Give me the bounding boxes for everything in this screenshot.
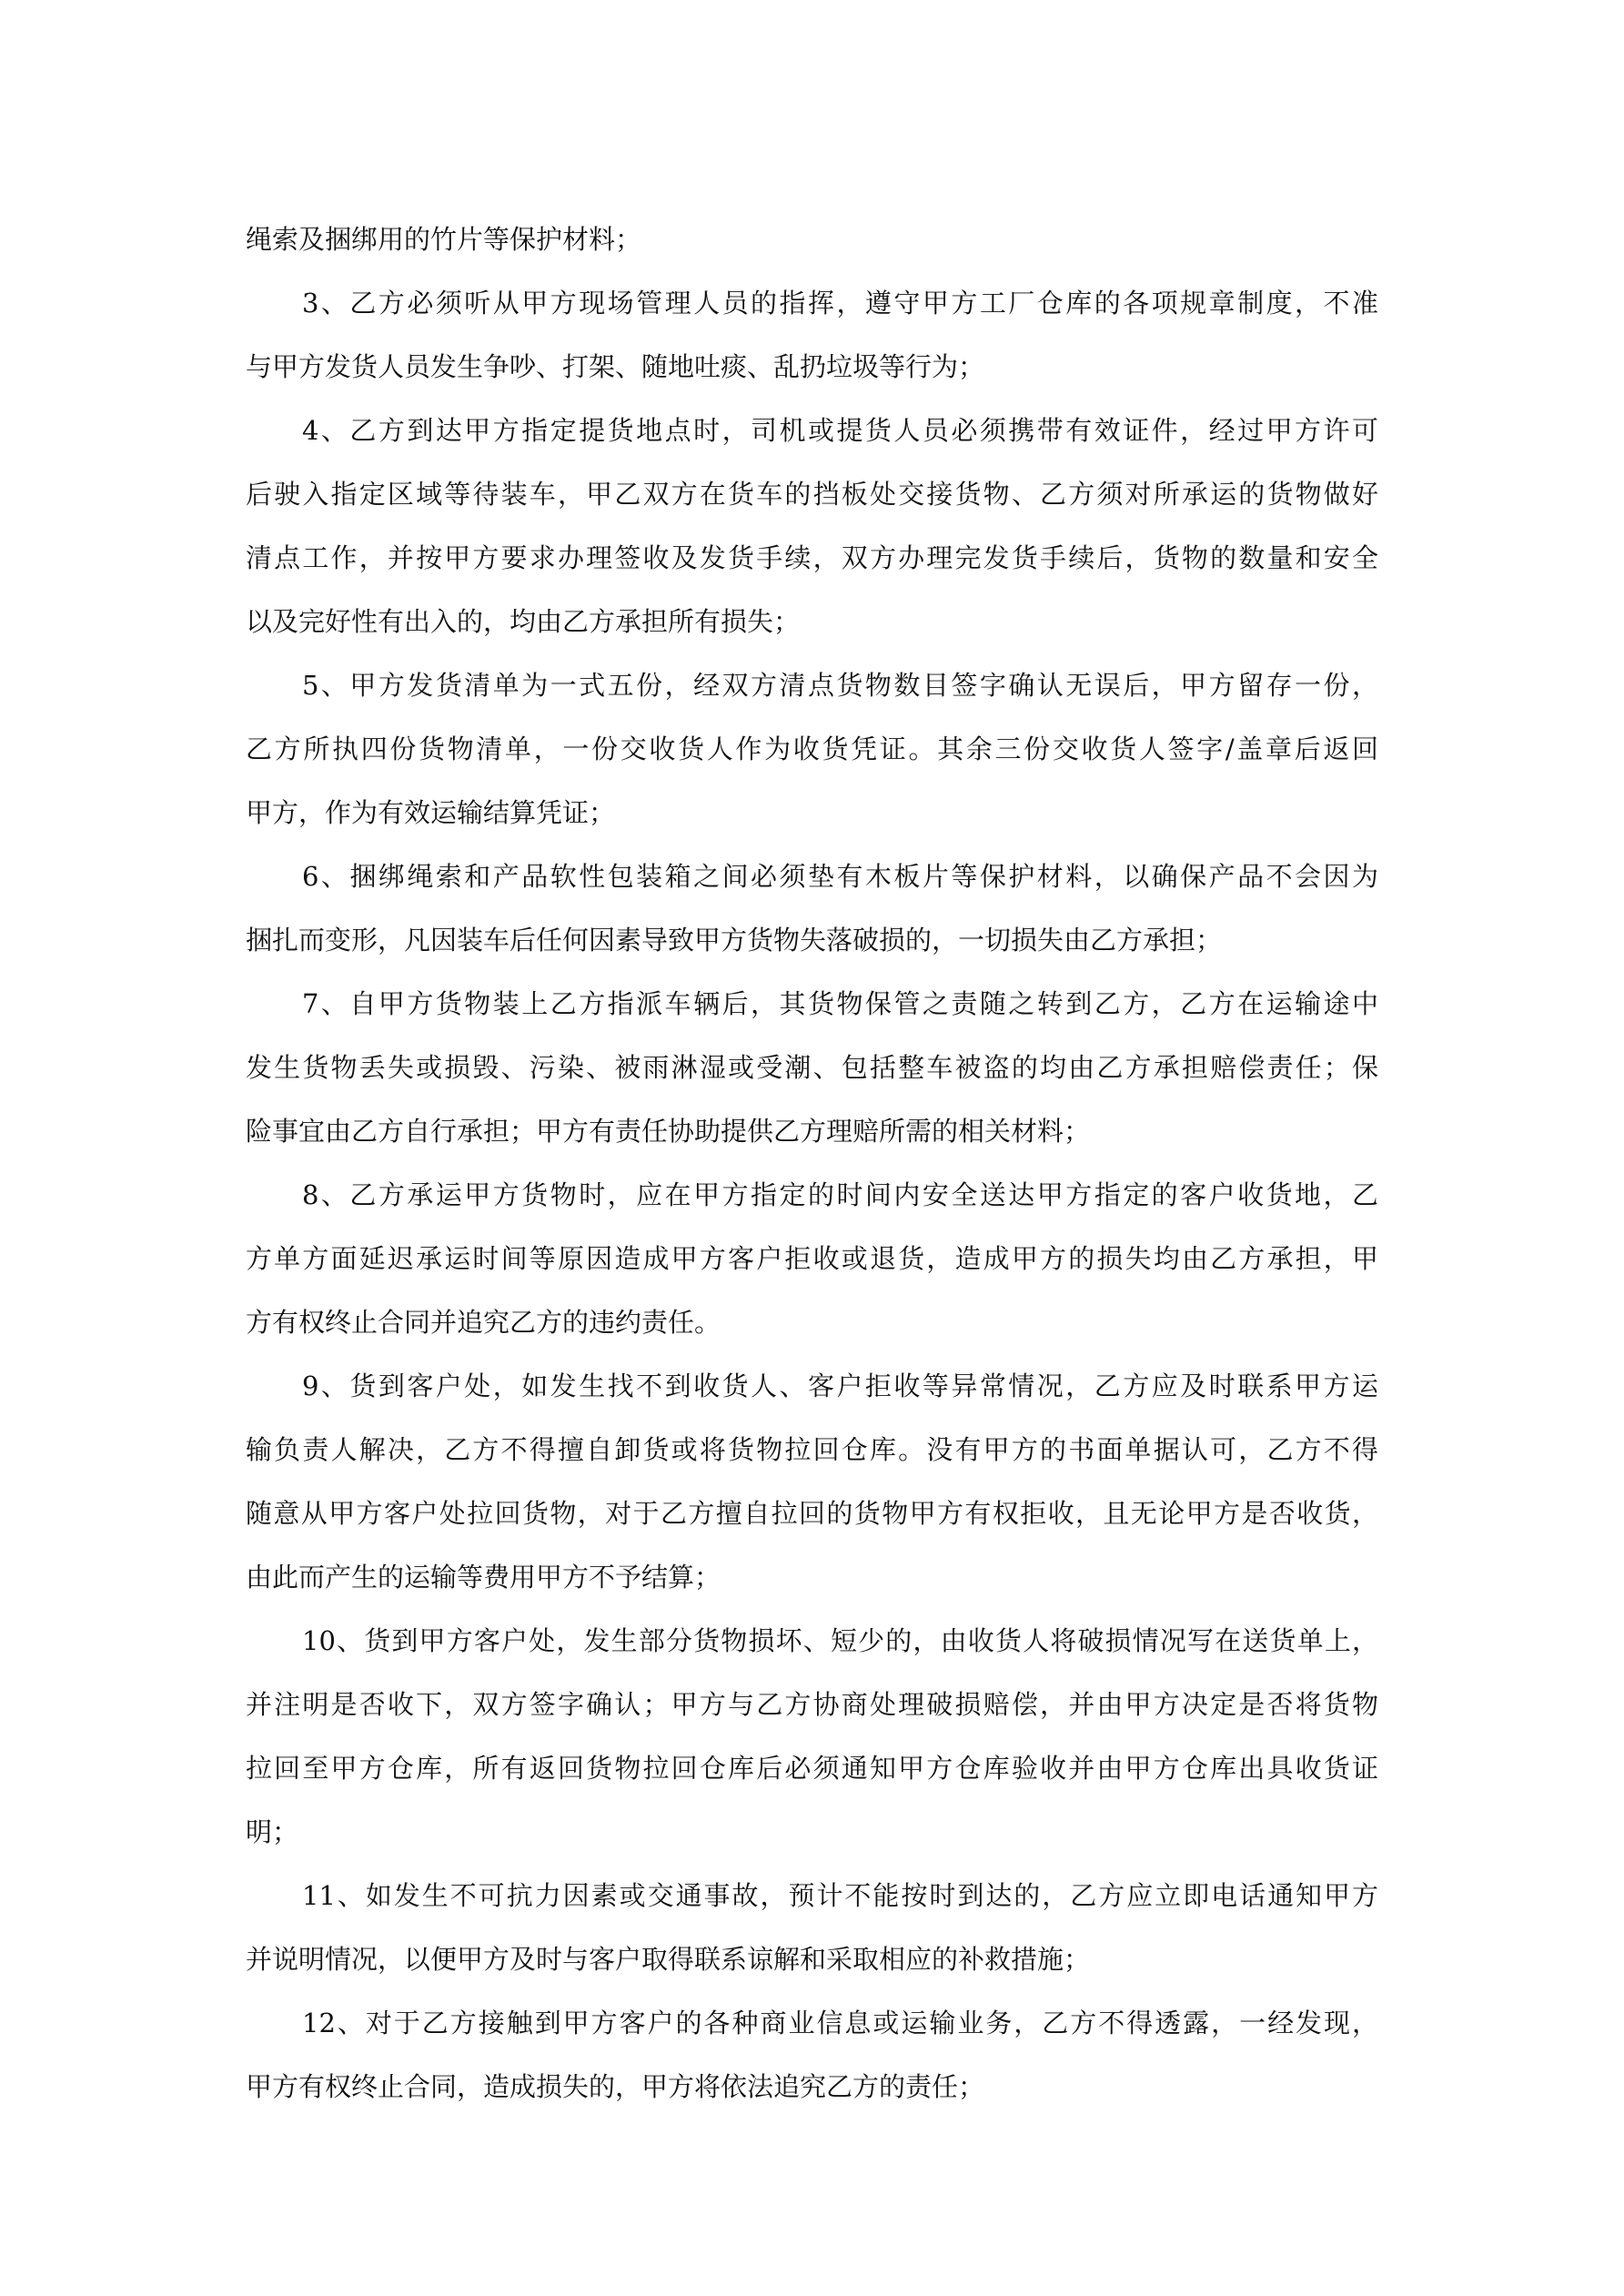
clause-7: 7、自甲方货物装上乙方指派车辆后，其货物保管之责随之转到乙方，乙方在运输途中 发…	[246, 972, 1378, 1163]
clause-9: 9、货到客户处，如发生找不到收货人、客户拒收等异常情况，乙方应及时联系甲方运 输…	[246, 1354, 1378, 1609]
clause-3: 3、乙方必须听从甲方现场管理人员的指挥，遵守甲方工厂仓库的各项规章制度，不准 与…	[246, 271, 1378, 399]
text-line: 以及完好性有出入的，均由乙方承担所有损失；	[246, 590, 1378, 653]
text-line: 并说明情况，以便甲方及时与客户取得联系谅解和采取相应的补救措施；	[246, 1927, 1378, 1991]
text-line: 清点工作，并按甲方要求办理签收及发货手续，双方办理完发货手续后，货物的数量和安全	[246, 526, 1378, 590]
clause-11: 11、如发生不可抗力因素或交通事故，预计不能按时到达的，乙方应立即电话通知甲方 …	[246, 1864, 1378, 1991]
text-line: 绳索及捆绑用的竹片等保护材料；	[246, 207, 1378, 271]
text-line: 险事宜由乙方自行承担；甲方有责任协助提供乙方理赔所需的相关材料；	[246, 1099, 1378, 1163]
clause-5: 5、甲方发货清单为一式五份，经双方清点货物数目签字确认无误后，甲方留存一份， 乙…	[246, 653, 1378, 845]
text-line: 6、捆绑绳索和产品软性包装箱之间必须垫有木板片等保护材料，以确保产品不会因为	[246, 845, 1378, 908]
clause-8: 8、乙方承运甲方货物时，应在甲方指定的时间内安全送达甲方指定的客户收货地，乙 方…	[246, 1163, 1378, 1354]
text-line: 3、乙方必须听从甲方现场管理人员的指挥，遵守甲方工厂仓库的各项规章制度，不准	[246, 271, 1378, 335]
text-line: 10、货到甲方客户处，发生部分货物损坏、短少的，由收货人将破损情况写在送货单上，	[246, 1609, 1378, 1673]
text-line: 方单方面延迟承运时间等原因造成甲方客户拒收或退货，造成甲方的损失均由乙方承担，甲	[246, 1227, 1378, 1290]
clause-4: 4、乙方到达甲方指定提货地点时，司机或提货人员必须携带有效证件，经过甲方许可 后…	[246, 399, 1378, 653]
text-line: 方有权终止合同并追究乙方的违约责任。	[246, 1290, 1378, 1354]
text-line: 7、自甲方货物装上乙方指派车辆后，其货物保管之责随之转到乙方，乙方在运输途中	[246, 972, 1378, 1036]
text-line: 8、乙方承运甲方货物时，应在甲方指定的时间内安全送达甲方指定的客户收货地，乙	[246, 1163, 1378, 1227]
text-line: 与甲方发货人员发生争吵、打架、随地吐痰、乱扔垃圾等行为；	[246, 335, 1378, 399]
text-line: 4、乙方到达甲方指定提货地点时，司机或提货人员必须携带有效证件，经过甲方许可	[246, 399, 1378, 462]
text-line: 拉回至甲方仓库，所有返回货物拉回仓库后必须通知甲方仓库验收并由甲方仓库出具收货证	[246, 1736, 1378, 1800]
text-line: 捆扎而变形，凡因装车后任何因素导致甲方货物失落破损的，一切损失由乙方承担；	[246, 908, 1378, 972]
text-line: 甲方，作为有效运输结算凭证；	[246, 781, 1378, 845]
text-line: 明；	[246, 1800, 1378, 1864]
clause-12: 12、对于乙方接触到甲方客户的各种商业信息或运输业务，乙方不得透露，一经发现， …	[246, 1991, 1378, 2119]
paragraph-continuation: 绳索及捆绑用的竹片等保护材料；	[246, 207, 1378, 271]
clause-6: 6、捆绑绳索和产品软性包装箱之间必须垫有木板片等保护材料，以确保产品不会因为 捆…	[246, 845, 1378, 972]
text-line: 5、甲方发货清单为一式五份，经双方清点货物数目签字确认无误后，甲方留存一份，	[246, 653, 1378, 717]
text-line: 乙方所执四份货物清单，一份交收货人作为收货凭证。其余三份交收货人签字/盖章后返回	[246, 717, 1378, 781]
text-line: 后驶入指定区域等待装车，甲乙双方在货车的挡板处交接货物、乙方须对所承运的货物做好	[246, 462, 1378, 526]
text-line: 甲方有权终止合同，造成损失的，甲方将依法追究乙方的责任；	[246, 2055, 1378, 2119]
text-line: 12、对于乙方接触到甲方客户的各种商业信息或运输业务，乙方不得透露，一经发现，	[246, 1991, 1378, 2055]
document-page: 绳索及捆绑用的竹片等保护材料； 3、乙方必须听从甲方现场管理人员的指挥，遵守甲方…	[246, 207, 1378, 2119]
text-line: 9、货到客户处，如发生找不到收货人、客户拒收等异常情况，乙方应及时联系甲方运	[246, 1354, 1378, 1418]
text-line: 随意从甲方客户处拉回货物，对于乙方擅自拉回的货物甲方有权拒收，且无论甲方是否收货…	[246, 1482, 1378, 1545]
text-line: 并注明是否收下，双方签字确认；甲方与乙方协商处理破损赔偿，并由甲方决定是否将货物	[246, 1673, 1378, 1736]
text-line: 由此而产生的运输等费用甲方不予结算；	[246, 1545, 1378, 1609]
text-line: 输负责人解决，乙方不得擅自卸货或将货物拉回仓库。没有甲方的书面单据认可，乙方不得	[246, 1418, 1378, 1482]
text-line: 发生货物丢失或损毁、污染、被雨淋湿或受潮、包括整车被盗的均由乙方承担赔偿责任；保	[246, 1036, 1378, 1099]
text-line: 11、如发生不可抗力因素或交通事故，预计不能按时到达的，乙方应立即电话通知甲方	[246, 1864, 1378, 1927]
clause-10: 10、货到甲方客户处，发生部分货物损坏、短少的，由收货人将破损情况写在送货单上，…	[246, 1609, 1378, 1864]
